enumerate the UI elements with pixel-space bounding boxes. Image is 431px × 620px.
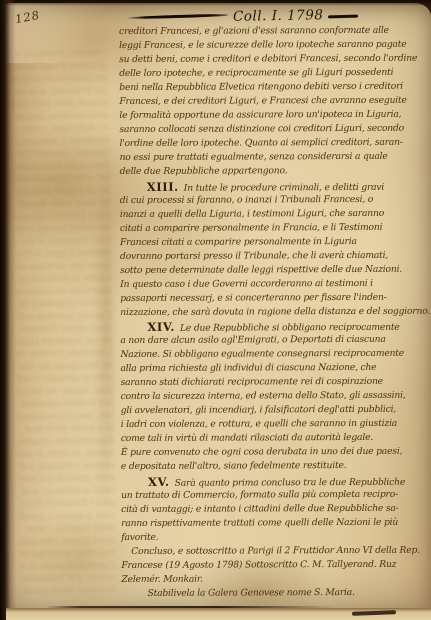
manuscript-line: XIV.Le due Repubbliche si obbligano reci… [120,319,428,334]
manuscript-line: alla prima richiesta gli individui di ci… [120,361,428,376]
ink-bleed-through: creditori Francesi, e gl'azioni d'essi s… [9,47,116,594]
manuscript-line: È pure convenuto che ogni cosa derubata … [121,445,429,460]
manuscript-line: beni nella Repubblica Elvetica ritengono… [119,80,427,95]
manuscript-line: citati a comparire personalmente in Fran… [120,220,428,235]
manuscript-line: nizzazione, che sarà dovuta in ragione d… [120,305,428,320]
manuscript-page: creditori Francesi, e gl'azioni d'essi s… [0,3,431,608]
header-title: Coll. I. 1798 [233,7,324,25]
manuscript-line: dovranno portarsi presso il Tribunale, c… [120,248,428,263]
manuscript-line: Concluso, e sottoscritto a Parigi il 2 F… [121,543,429,558]
manuscript-line: l'ordine delle loro ipoteche. Quanto ai … [119,136,427,151]
manuscript-line: delle due Repubbliche appartengono. [120,164,428,179]
manuscript-paragraph: XV.Sarà quanto prima concluso tra le due… [121,473,429,545]
header-rule-icon [126,13,228,19]
closing-and-signatures: Concluso, e sottoscritto a Parigi il 2 F… [121,543,429,601]
manuscript-line: Francesi, e dei creditori Liguri, e Fran… [119,94,427,109]
manuscript-line: cità di vantaggi; e intanto i cittadini … [121,501,429,516]
manuscript-line: su detti beni, come i creditori e debito… [119,52,427,67]
page-header: Coll. I. 1798 [126,7,358,25]
manuscript-line: e depositata nell'altro, siano fedelment… [121,459,429,474]
manuscript-line: Francese (19 Agosto 1798) Sottoscritto C… [121,557,429,572]
manuscript-line: Stabilivela la Galera Genovese nome S. M… [121,586,429,601]
manuscript-line: passaporti necessarj, e si concerteranno… [120,291,428,306]
manuscript-line: a non dare alcun asilo agl'Emigrati, o D… [120,333,428,348]
manuscript-line: Francesi citati a comparire personalment… [120,234,428,249]
page-top-edge [0,0,431,6]
manuscript-line: creditori Francesi, e gl'azioni d'essi s… [119,24,427,39]
manuscript-line: leggi Francesi, e le sicurezze delle lor… [119,38,427,53]
manuscript-line: gli avvelenatori, gli incendiarj, i fals… [121,403,429,418]
manuscript-line: saranno stati dichiarati reciprocamente … [121,375,429,390]
manuscript-line: Nazione. Si obbligano egualmente consegn… [120,347,428,362]
article-number: XIV. [120,320,175,334]
manuscript-line: no essi pure trattati egualmente, senza … [120,150,428,165]
manuscript-line: contro la sicurezza interna, ed esterna … [121,389,429,404]
manuscript-line: delle loro ipoteche, e reciprocamente se… [119,66,427,81]
manuscript-line: i ladri con violenza, e rottura, e quell… [121,417,429,432]
manuscript-line: favorite. [121,529,429,544]
manuscript-line: ranno rispettivamente trattati come quel… [121,515,429,530]
manuscript-line: XV.Sarà quanto prima concluso tra le due… [121,473,429,488]
manuscript-paragraph: XIV.Le due Repubbliche si obbligano reci… [120,319,429,475]
manuscript-line: di cui processi si faranno, o inanzi i T… [120,192,428,207]
manuscript-paragraph: XIII.In tutte le procedure criminali, e … [120,178,429,320]
manuscript-line: sotto pene determinate dalle leggi rispe… [120,262,428,277]
manuscript-line: Zelemér. Monkair. [121,571,429,586]
manuscript-line: inanzi a quelli della Liguria, i testimo… [120,206,428,221]
book-binding-edge [0,0,16,620]
manuscript-scan: creditori Francesi, e gl'azioni d'essi s… [0,0,431,620]
manuscript-line: In questo caso i due Governi accorderann… [120,276,428,291]
article-number: XV. [121,474,170,488]
manuscript-line: un trattato di Commercio, formato sulla … [121,487,429,502]
header-rule-end-icon [328,14,358,17]
manuscript-line: come tali in virtù di mandati rilasciati… [121,431,429,446]
manuscript-body: creditori Francesi, e gl'azioni d'essi s… [119,24,430,601]
manuscript-line: saranno collocati senza distinzione coi … [119,122,427,137]
article-number: XIII. [120,179,179,193]
manuscript-line: le formalità opportune da assicurare lor… [119,108,427,123]
manuscript-line: XIII.In tutte le procedure criminali, e … [120,178,428,193]
manuscript-paragraph: creditori Francesi, e gl'azioni d'essi s… [119,24,428,180]
